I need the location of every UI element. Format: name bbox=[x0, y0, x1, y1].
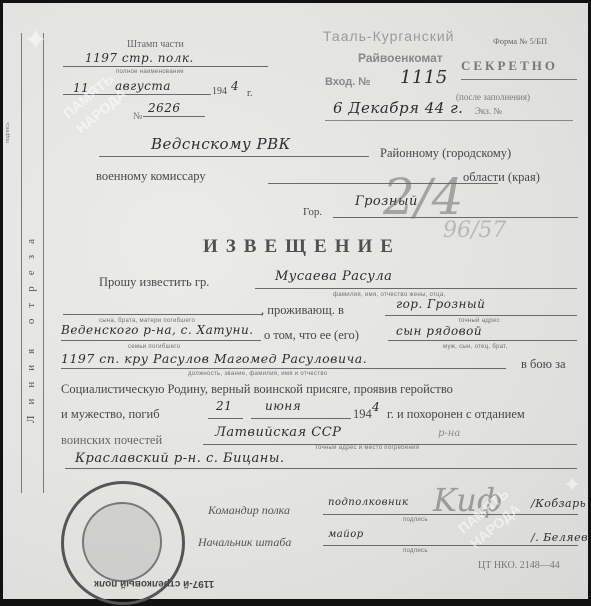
margin-line-left bbox=[21, 33, 22, 493]
burial-line-2 bbox=[65, 468, 577, 469]
unit-handwritten: 1197 стр. полк. bbox=[85, 51, 194, 65]
soldier-handwritten: 1197 сп. кру Расулов Магомед Расуловича. bbox=[61, 351, 367, 366]
district-handwritten: Веденского р-на, с. Хатуни. bbox=[61, 323, 254, 337]
chief-rank: майор bbox=[328, 529, 364, 540]
city-label: Гор. bbox=[303, 206, 322, 218]
death-day: 21 bbox=[216, 399, 232, 413]
incoming-number: 1115 bbox=[400, 67, 448, 88]
courage-label: и мужество, погиб bbox=[61, 407, 160, 422]
incoming-stamp-line1: Тааль-Курганский bbox=[323, 28, 455, 44]
commander-label: Командир полка bbox=[208, 503, 290, 518]
district-label: Районному (городскому) bbox=[380, 146, 511, 161]
margin-line-right bbox=[43, 33, 44, 493]
relation-line bbox=[63, 314, 263, 315]
burial-caption: точный адрес и место погребения bbox=[315, 445, 419, 451]
star-watermark-icon: ✦ bbox=[563, 473, 581, 498]
stamp-number: 2626 bbox=[148, 101, 181, 115]
stamp-year-prefix: 194 bbox=[212, 86, 227, 97]
pencil-note-2: 96/57 bbox=[443, 218, 506, 243]
chief-label: Начальник штаба bbox=[198, 535, 291, 550]
seal-text: 1197-й стрелковый полк bbox=[94, 578, 214, 589]
unit-line bbox=[63, 66, 268, 67]
relation-handwritten: сын рядовой bbox=[396, 324, 482, 338]
buried-label: г. и похоронен с отданием bbox=[387, 407, 525, 422]
residence-handwritten: гор. Грозный bbox=[396, 297, 485, 311]
commander-caption: подпись bbox=[403, 517, 428, 523]
relation2-caption: муж, сын, отец, брат, bbox=[443, 344, 508, 350]
death-year-suffix: 4 bbox=[372, 400, 380, 414]
unit-stamp-label: Штамп части bbox=[127, 39, 184, 50]
incoming-vkh-label: Вход. № bbox=[325, 76, 371, 88]
death-day-line bbox=[208, 418, 243, 419]
margin-small-text: подпись bbox=[5, 122, 11, 143]
honors-label: воинских почестей bbox=[61, 433, 162, 448]
secret-note: (после заполнения) bbox=[456, 92, 530, 102]
notice-document: подпись Линия отреза Штамп части 1197 ст… bbox=[3, 3, 588, 599]
stamp-year-suffix: 4 bbox=[231, 79, 239, 93]
soldier-caption: должность, звание, фамилия, имя и отчест… bbox=[188, 371, 327, 377]
chief-name: /. Беляев bbox=[531, 531, 588, 544]
about-label: о том, что ее (его) bbox=[264, 328, 359, 343]
incoming-date: 6 Декабря 44 г. bbox=[333, 99, 463, 117]
region-label: области (края) bbox=[463, 170, 540, 185]
soldier-line bbox=[61, 368, 506, 369]
commander-rank: подполковник bbox=[328, 497, 408, 508]
addressee-line-1 bbox=[99, 156, 369, 157]
chief-caption: подпись bbox=[403, 548, 428, 554]
death-month-line bbox=[251, 418, 351, 419]
burial-handwritten-1b: р-на bbox=[438, 428, 460, 439]
district-line bbox=[61, 340, 261, 341]
family-caption: семьи погибшего bbox=[128, 344, 180, 350]
burial-handwritten-2: Краславский р-н. с. Бицаны. bbox=[75, 451, 285, 466]
stamp-number-label: № bbox=[133, 111, 143, 122]
addressee-rvk: Ведснскому РВК bbox=[151, 135, 291, 153]
number-line bbox=[143, 116, 205, 117]
cut-line-label: Линия отреза bbox=[25, 228, 37, 423]
unit-caption: полное наименование bbox=[116, 69, 184, 75]
commander-name: /Кобзарь bbox=[531, 497, 586, 510]
in-battle-label: в бою за bbox=[521, 357, 566, 372]
star-watermark-icon: ✦ bbox=[23, 23, 48, 58]
oath-text: Социалистическую Родину, верный воинской… bbox=[61, 382, 453, 397]
ekz-label: Экз. № bbox=[475, 106, 502, 116]
seal-inner bbox=[82, 502, 162, 582]
residing-label: , проживающ. в bbox=[261, 303, 344, 318]
residence-line bbox=[385, 315, 577, 316]
form-label: Форма № 5/БП bbox=[493, 36, 547, 46]
print-code: ЦТ НКО. 2148—44 bbox=[478, 560, 560, 571]
recipient-handwritten: Мусаева Расула bbox=[275, 269, 392, 284]
page-title: ИЗВЕЩЕНИЕ bbox=[203, 236, 401, 258]
death-month: июня bbox=[265, 399, 301, 413]
incoming-stamp-line2: Райвоенкомат bbox=[358, 51, 443, 65]
unit-seal: 1197-й стрелковый полк bbox=[61, 481, 185, 605]
commissar-label: военному комиссару bbox=[96, 169, 206, 184]
death-year-prefix: 194 bbox=[353, 407, 372, 422]
secret-line bbox=[461, 79, 577, 80]
chief-line bbox=[323, 545, 578, 546]
relation-handwritten-line bbox=[388, 340, 577, 341]
burial-handwritten-1: Латвийская ССР bbox=[215, 425, 341, 440]
request-label: Прошу известить гр. bbox=[99, 275, 209, 290]
ekz-line bbox=[325, 120, 573, 121]
secret-mark: СЕКРЕТНО bbox=[461, 58, 558, 74]
stamp-year-unit: г. bbox=[247, 88, 252, 99]
recipient-line bbox=[255, 288, 577, 289]
